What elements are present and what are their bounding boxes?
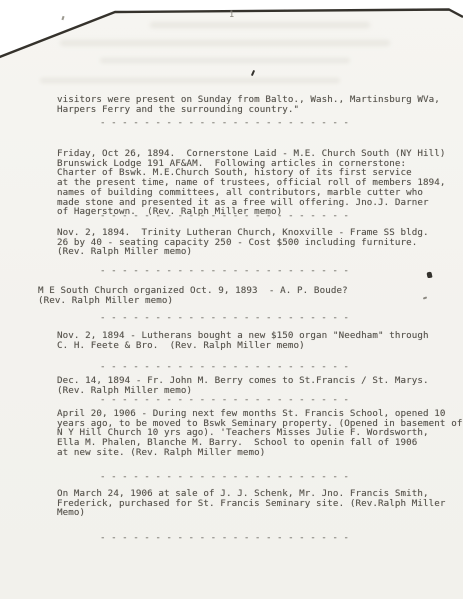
typed-paragraph: April 20, 1906 - During next few months … xyxy=(57,409,462,458)
ink-mark xyxy=(251,70,255,76)
ink-mark xyxy=(423,296,427,299)
page-number: 1 xyxy=(229,10,234,20)
ink-mark xyxy=(426,272,432,279)
ghost-impression xyxy=(60,40,390,46)
typed-paragraph: Nov. 2, 1894 - Lutherans bought a new $1… xyxy=(57,331,429,350)
dashed-separator: - - - - - - - - - - - - - - - - - - - - … xyxy=(100,211,349,221)
dashed-separator: - - - - - - - - - - - - - - - - - - - - … xyxy=(100,266,349,276)
typed-paragraph: visitors were present on Sunday from Bal… xyxy=(57,95,440,114)
typed-paragraph: Nov. 2, 1894. Trinity Lutheran Church, K… xyxy=(57,228,429,257)
typed-paragraph: M E South Church organized Oct. 9, 1893 … xyxy=(38,286,348,305)
typed-paragraph: On March 24, 1906 at sale of J. J. Schen… xyxy=(57,489,446,518)
dashed-separator: - - - - - - - - - - - - - - - - - - - - … xyxy=(100,118,349,128)
dashed-separator: - - - - - - - - - - - - - - - - - - - - … xyxy=(100,472,349,482)
typed-paragraph: Friday, Oct 26, 1894. Cornerstone Laid -… xyxy=(57,149,446,217)
ink-mark xyxy=(61,16,64,20)
typed-paragraph: Dec. 14, 1894 - Fr. John M. Berry comes … xyxy=(57,376,429,395)
dashed-separator: - - - - - - - - - - - - - - - - - - - - … xyxy=(100,313,349,323)
ghost-impression xyxy=(100,58,350,63)
ghost-impression xyxy=(40,78,340,83)
ghost-impression xyxy=(150,22,370,28)
dashed-separator: - - - - - - - - - - - - - - - - - - - - … xyxy=(100,395,349,405)
dashed-separator: - - - - - - - - - - - - - - - - - - - - … xyxy=(100,533,349,543)
dashed-separator: - - - - - - - - - - - - - - - - - - - - … xyxy=(100,362,349,372)
scanned-page: 1 visitors were present on Sunday from B… xyxy=(0,0,463,599)
